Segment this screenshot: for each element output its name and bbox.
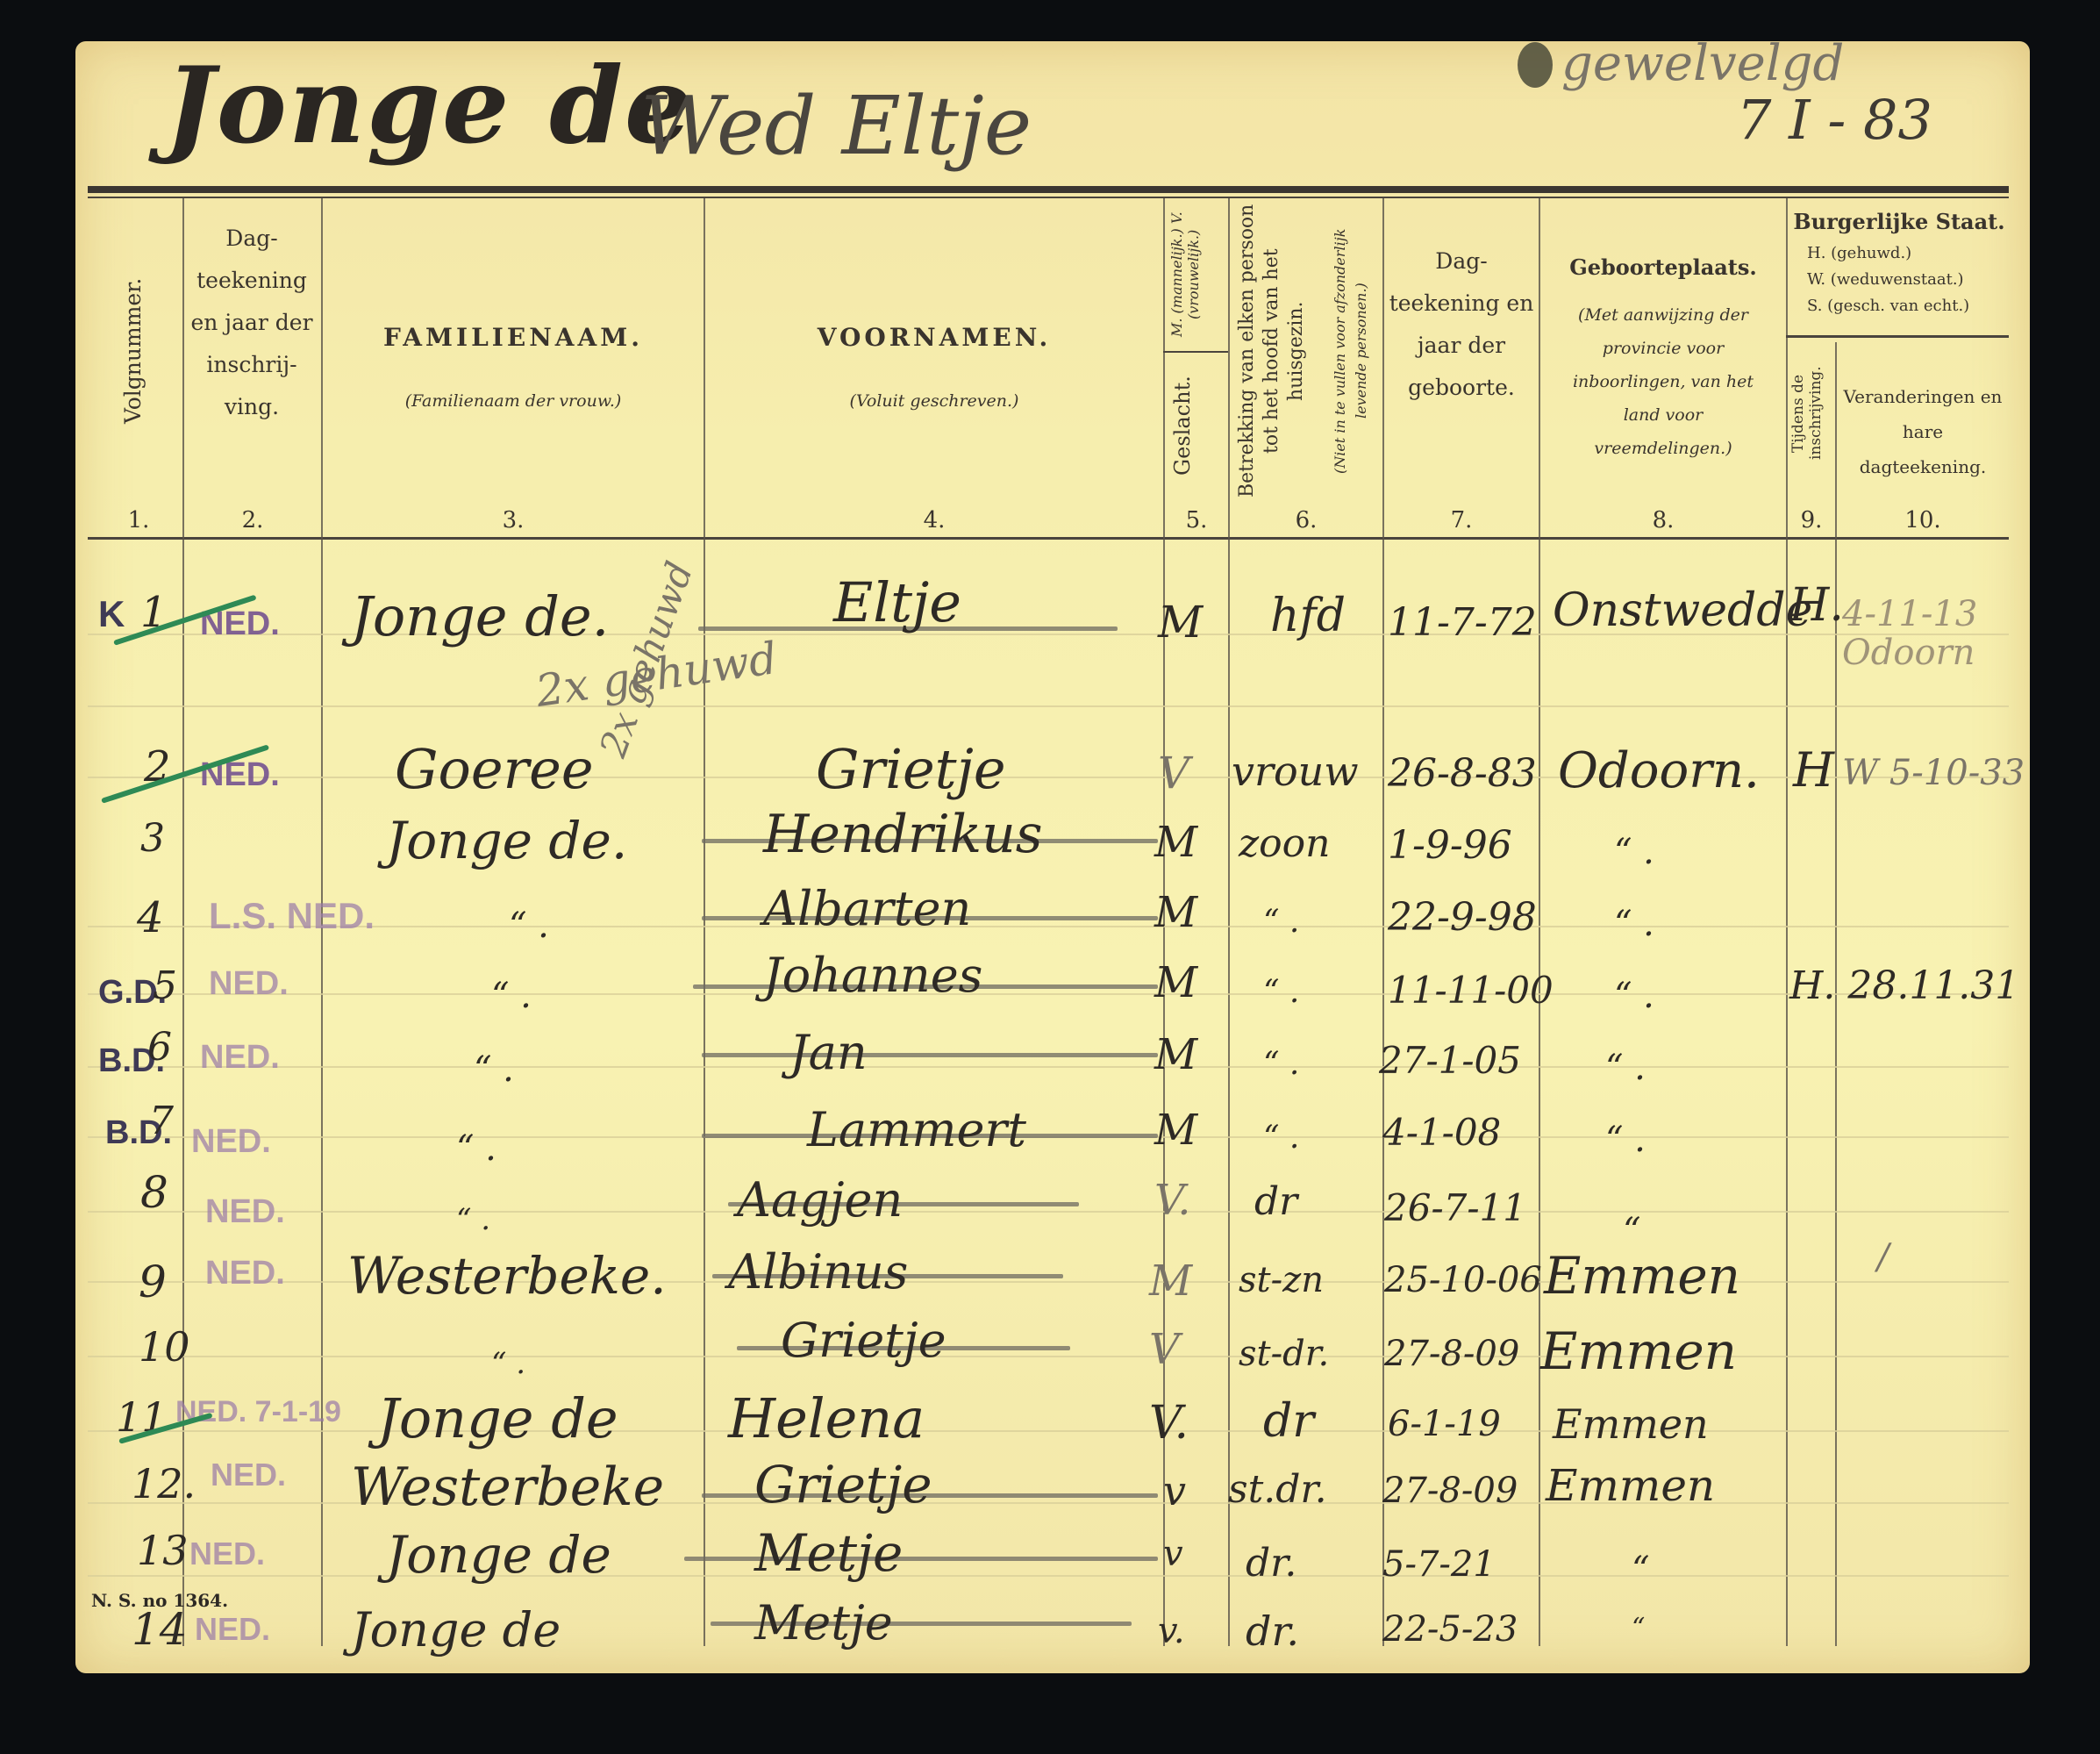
civil-status: H. 28.11.31 (1789, 963, 2019, 1008)
ruled-line (88, 1575, 2009, 1577)
row-number: 6 (147, 1025, 172, 1070)
relation: dr (1254, 1179, 1297, 1224)
header-geboorte: Dag- teekening en jaar der geboorte. (1386, 240, 1537, 409)
colnum-4: 4. (705, 507, 1163, 533)
ruled-line (88, 926, 2009, 927)
sex: M (1149, 1256, 1192, 1306)
nationality-stamp: NED. (205, 1255, 285, 1292)
birth-place: Emmen (1540, 1321, 1737, 1381)
family-name: “ . (491, 976, 532, 1016)
row-number: 9 (139, 1256, 167, 1307)
header-rule (88, 186, 2009, 193)
first-name: Grietje (816, 737, 1006, 801)
family-name: Jonge de (377, 1386, 618, 1450)
header-familienaam-sub: (Familienaam der vrouw.) (325, 391, 702, 411)
column-divider (1228, 198, 1230, 1646)
civil-status: H (1793, 742, 1834, 798)
family-name: Jonge de. (351, 584, 609, 648)
birth-date: 22-9-98 (1388, 895, 1537, 940)
birth-date: 11-7-72 (1388, 600, 1537, 645)
birth-place: Emmen (1544, 1246, 1740, 1306)
header-veranderingen: Veranderingen en hare dagteekening. (1839, 379, 2007, 484)
relation: st-dr. (1239, 1334, 1329, 1374)
sex: M (1158, 597, 1203, 648)
colnum-5: 5. (1165, 507, 1228, 533)
ink-blot (1518, 42, 1553, 88)
birth-place: “ . (1614, 832, 1654, 872)
staat-legend: H. (gehuwd.) W. (weduwenstaat.) S. (gesc… (1807, 240, 2000, 319)
family-name: Goeree (395, 737, 594, 801)
family-name: Westerbeke (351, 1457, 664, 1518)
birth-place: Onstwedde (1553, 584, 1812, 637)
row-number: 5 (153, 963, 177, 1008)
first-name: Helena (728, 1386, 925, 1450)
row-number: 4 (137, 893, 164, 942)
birth-place: Emmen (1546, 1460, 1715, 1511)
family-name: Westerbeke. (347, 1246, 667, 1306)
top-right-date: 7 I - 83 (1737, 88, 1932, 152)
sex: M (1154, 1030, 1197, 1079)
first-name: Grietje (754, 1455, 932, 1514)
printed-family-name: Jonge de (165, 44, 693, 168)
header-betrekking: Betrekking van elken persoon tot het hoo… (1235, 204, 1332, 498)
sex: V. (1149, 1397, 1189, 1450)
strikethrough-line (702, 1053, 1158, 1057)
ruled-line (88, 705, 2009, 707)
birth-place: “ (1632, 1550, 1649, 1590)
family-name: Jonge de. (386, 811, 627, 870)
staat-divider (1786, 335, 2009, 338)
sex: V (1158, 748, 1189, 798)
nationality-stamp: NED. (189, 1536, 265, 1572)
civil-status: H. (1789, 579, 1844, 632)
first-name: Metje (754, 1523, 903, 1583)
birth-place: “ . (1614, 904, 1654, 944)
family-name: “ . (509, 906, 549, 946)
row-number: 13 (137, 1527, 189, 1574)
birth-place: “ . (1605, 1120, 1646, 1160)
header-inschrijving: Dag- teekening en jaar der inschrij- vin… (186, 218, 318, 428)
nationality-stamp: NED. (211, 1457, 286, 1493)
staat-w: W. (weduwenstaat.) (1807, 267, 2000, 293)
relation: dr (1263, 1395, 1314, 1448)
colnum-1: 1. (95, 507, 182, 533)
relation: hfd (1270, 590, 1346, 642)
ruled-line (88, 1066, 2009, 1068)
first-name: Eltje (833, 570, 961, 634)
family-name: Jonge de (386, 1525, 611, 1585)
nationality-stamp: L.S. NED. (209, 895, 375, 937)
relation: “ . (1263, 904, 1299, 940)
ruled-line (88, 1430, 2009, 1432)
colnum-10: 10. (1837, 507, 2009, 533)
header-voornamen: VOORNAMEN. (707, 323, 1161, 352)
staat-s: S. (gesch. van echt.) (1807, 293, 2000, 319)
row-number: 12. (132, 1460, 196, 1507)
birth-place: Odoorn. (1558, 742, 1760, 799)
sex: V. (1154, 1176, 1191, 1225)
nationality-stamp: NED. (200, 1039, 280, 1077)
birth-date: 1-9-96 (1388, 823, 1512, 868)
top-right-note: gewelvelgd (1561, 35, 1844, 92)
colnum-3: 3. (323, 507, 704, 533)
birth-date: 26-7-11 (1384, 1186, 1526, 1229)
birth-place: “ . (1614, 976, 1654, 1016)
birth-date: 4-1-08 (1382, 1111, 1501, 1154)
header-burgerlijke-staat: Burgerlijke Staat. (1789, 209, 2009, 234)
header-geslacht-sub: M. (mannelijk.) V. (vrouwelijk.) (1168, 200, 1221, 349)
row-number: 8 (140, 1167, 168, 1218)
colnum-7: 7. (1384, 507, 1539, 533)
first-name: Aagjen (737, 1172, 903, 1228)
header-geboorteplaats-sub: (Met aanwijzing der provincie voor inboo… (1553, 298, 1774, 465)
birth-date: 27-8-09 (1382, 1471, 1518, 1511)
header-geboorteplaats: Geboorteplaats. (1542, 254, 1784, 280)
header-betrekking-sub: (Niet in te vullen voor afzonderlijk lev… (1330, 204, 1379, 498)
relation: dr. (1246, 1607, 1299, 1655)
birth-place: “ (1632, 1613, 1645, 1643)
sex: M (1154, 818, 1197, 867)
ruled-line (88, 993, 2009, 995)
sex: v (1163, 1467, 1186, 1514)
sex: M (1154, 958, 1197, 1007)
column-divider (1382, 198, 1384, 1646)
ruled-line (88, 1211, 2009, 1213)
column-divider (1539, 198, 1540, 1646)
relation: “ . (1263, 974, 1299, 1010)
sex: v (1163, 1534, 1183, 1574)
header-familienaam: FAMILIENAAM. (325, 323, 702, 352)
header-geslacht: Geslacht. (1170, 360, 1195, 491)
column-divider (704, 198, 705, 1646)
birth-date: 26-8-83 (1388, 751, 1537, 796)
birth-date: 27-8-09 (1384, 1334, 1519, 1374)
first-name: Metje (754, 1595, 893, 1650)
header-tijdens: Tijdens de inschrijving. (1789, 347, 1832, 479)
first-name: Grietje (781, 1313, 946, 1368)
register-card (75, 41, 2030, 1673)
birth-date: 27-1-05 (1379, 1039, 1521, 1082)
staat-h: H. (gehuwd.) (1807, 240, 2000, 267)
sex: V (1149, 1325, 1180, 1374)
family-name: “ . (456, 1128, 496, 1169)
birth-date: 6-1-19 (1388, 1404, 1501, 1444)
birth-place: “ . (1605, 1048, 1646, 1088)
nationality-stamp: NED. (195, 1611, 270, 1648)
first-name: Hendrikus (763, 804, 1043, 865)
nationality-stamp: NED. (191, 1123, 271, 1161)
birth-date: 25-10-06 (1384, 1260, 1542, 1300)
relation: “ . (1263, 1046, 1299, 1082)
birth-date: 11-11-00 (1388, 969, 1554, 1012)
family-name: Jonge de (351, 1602, 561, 1657)
nationality-stamp: NED. (209, 965, 289, 1003)
first-name: Albinus (728, 1244, 908, 1299)
changes: 4-11-13 Odoorn (1842, 595, 2000, 672)
nationality-stamp: NED. 7-1-19 (175, 1395, 341, 1429)
family-name: “ . (491, 1346, 525, 1381)
nationality-stamp: NED. (205, 1193, 285, 1231)
column-header-bottom-rule (88, 537, 2009, 540)
relation: “ . (1263, 1120, 1299, 1156)
birth-place: Emmen (1553, 1400, 1709, 1448)
margin-stamp: K (98, 593, 125, 635)
relation: vrouw (1232, 748, 1359, 795)
colnum-6: 6. (1230, 507, 1382, 533)
changes: / (1877, 1237, 1889, 1278)
first-name: Lammert (807, 1102, 1026, 1157)
family-name: “ . (474, 1049, 514, 1090)
changes: W 5-10-33 (1842, 753, 2025, 793)
birth-date: 5-7-21 (1382, 1544, 1496, 1585)
header-voornamen-sub: (Voluit geschreven.) (707, 391, 1161, 411)
colnum-8: 8. (1540, 507, 1786, 533)
relation: st.dr. (1228, 1467, 1327, 1512)
column-divider (1786, 198, 1788, 1646)
row-number: 3 (140, 816, 165, 861)
first-name: Jan (789, 1025, 868, 1080)
first-name: Albarten (763, 881, 971, 936)
relation: dr. (1246, 1541, 1296, 1586)
geslacht-divider (1163, 351, 1228, 353)
row-number: 14 (132, 1604, 188, 1655)
sex: M (1154, 1106, 1197, 1155)
row-number: 10 (139, 1323, 190, 1371)
relation: st-zn (1239, 1260, 1324, 1300)
family-name: “ . (456, 1202, 490, 1237)
header-rule-thin (88, 197, 2009, 198)
colnum-9: 9. (1788, 507, 1835, 533)
colnum-2: 2. (184, 507, 321, 533)
first-name: Johannes (763, 948, 982, 1003)
handwritten-title: Wed Eltje (640, 79, 1032, 173)
birth-date: 22-5-23 (1382, 1609, 1518, 1650)
header-volgnummer: Volgnummer. (112, 237, 154, 465)
sex: M (1154, 888, 1197, 937)
sex: v. (1158, 1611, 1185, 1651)
relation: zoon (1239, 821, 1331, 866)
row-number: 7 (149, 1099, 174, 1143)
